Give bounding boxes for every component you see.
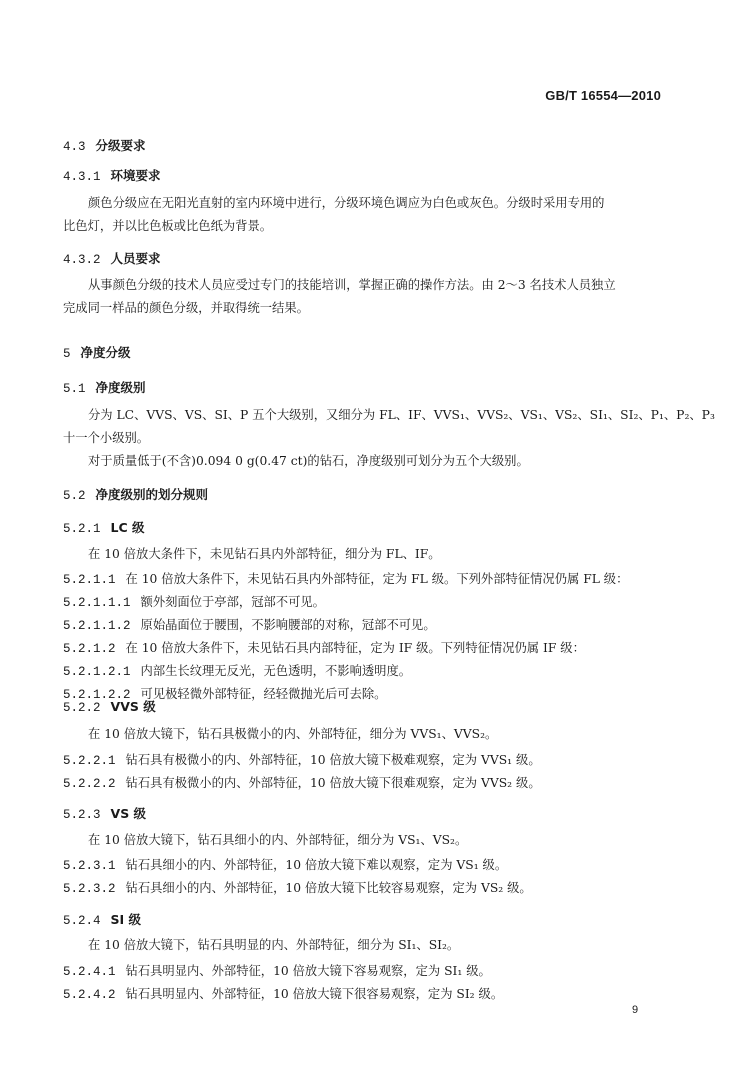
- heading-4-3-1: 4.3.1环境要求: [63, 166, 161, 184]
- heading-5-2-1: 5.2.1LC 级: [63, 518, 145, 536]
- clause-5-2-1-1-2: 5.2.1.1.2原始晶面位于腰围，不影响腰部的对称，冠部不可见。: [63, 615, 436, 633]
- paragraph-5-1-line2: 十一个小级别。: [63, 427, 663, 450]
- paragraph-5-2-4: 在 10 倍放大镜下，钻石具明显的内、外部特征，细分为 SI₁、SI₂。: [63, 934, 663, 957]
- heading-5-2: 5.2净度级别的划分规则: [63, 485, 208, 503]
- paragraph-5-2-2: 在 10 倍放大镜下，钻石具极微小的内、外部特征，细分为 VVS₁、VVS₂。: [63, 723, 663, 746]
- document-page: GB/T 16554—2010 4.3分级要求 4.3.1环境要求 颜色分级应在…: [0, 0, 739, 1087]
- page-number: 9: [632, 1004, 638, 1016]
- clause-5-2-1-2-1: 5.2.1.2.1内部生长纹理无反光，无色透明，不影响透明度。: [63, 661, 411, 679]
- clause-5-2-4-2: 5.2.4.2钻石具明显内、外部特征，10 倍放大镜下很容易观察，定为 SI₂ …: [63, 984, 503, 1002]
- clause-5-2-1-1: 5.2.1.1在 10 倍放大条件下，未见钻石具内外部特征，定为 FL 级。下列…: [63, 569, 628, 587]
- heading-5-2-4: 5.2.4SI 级: [63, 910, 141, 928]
- paragraph-4-3-2-line2: 完成同一样品的颜色分级，并取得统一结果。: [63, 297, 663, 320]
- clause-5-2-2-1: 5.2.2.1钻石具有极微小的内、外部特征，10 倍放大镜下极难观察，定为 VV…: [63, 750, 541, 768]
- paragraph-5-1-note: 对于质量低于(不含)0.094 0 g(0.47 ct)的钻石，净度级别可划分为…: [63, 450, 663, 473]
- paragraph-4-3-1-line1: 颜色分级应在无阳光直射的室内环境中进行，分级环境色调应为白色或灰色。分级时采用专…: [63, 192, 663, 215]
- clause-5-2-4-1: 5.2.4.1钻石具明显内、外部特征，10 倍放大镜下容易观察，定为 SI₁ 级…: [63, 961, 491, 979]
- paragraph-4-3-1-line2: 比色灯，并以比色板或比色纸为背景。: [63, 215, 663, 238]
- clause-5-2-1-2: 5.2.1.2在 10 倍放大条件下，未见钻石具内部特征，定为 IF 级。下列特…: [63, 638, 585, 656]
- clause-5-2-3-1: 5.2.3.1钻石具细小的内、外部特征，10 倍放大镜下难以观察，定为 VS₁ …: [63, 855, 507, 873]
- standard-code: GB/T 16554—2010: [545, 88, 661, 103]
- paragraph-5-1-line1: 分为 LC、VVS、VS、SI、P 五个大级别，又细分为 FL、IF、VVS₁、…: [63, 404, 663, 427]
- clause-5-2-1-1-1: 5.2.1.1.1额外刻面位于亭部，冠部不可见。: [63, 592, 325, 610]
- clause-5-2-2-2: 5.2.2.2钻石具有极微小的内、外部特征，10 倍放大镜下很难观察，定为 VV…: [63, 773, 541, 791]
- heading-5-1: 5.1净度级别: [63, 378, 146, 396]
- heading-5-2-3: 5.2.3VS 级: [63, 804, 146, 822]
- heading-5-2-2: 5.2.2VVS 级: [63, 697, 156, 715]
- paragraph-4-3-2-line1: 从事颜色分级的技术人员应受过专门的技能培训，掌握正确的操作方法。由 2～3 名技…: [63, 274, 663, 297]
- paragraph-5-2-1: 在 10 倍放大条件下，未见钻石具内外部特征，细分为 FL、IF。: [63, 543, 663, 566]
- clause-5-2-3-2: 5.2.3.2钻石具细小的内、外部特征，10 倍放大镜下比较容易观察，定为 VS…: [63, 878, 532, 896]
- heading-5: 5净度分级: [63, 343, 131, 361]
- paragraph-5-2-3: 在 10 倍放大镜下，钻石具细小的内、外部特征，细分为 VS₁、VS₂。: [63, 829, 663, 852]
- heading-4-3-2: 4.3.2人员要求: [63, 249, 161, 267]
- heading-4-3: 4.3分级要求: [63, 136, 146, 154]
